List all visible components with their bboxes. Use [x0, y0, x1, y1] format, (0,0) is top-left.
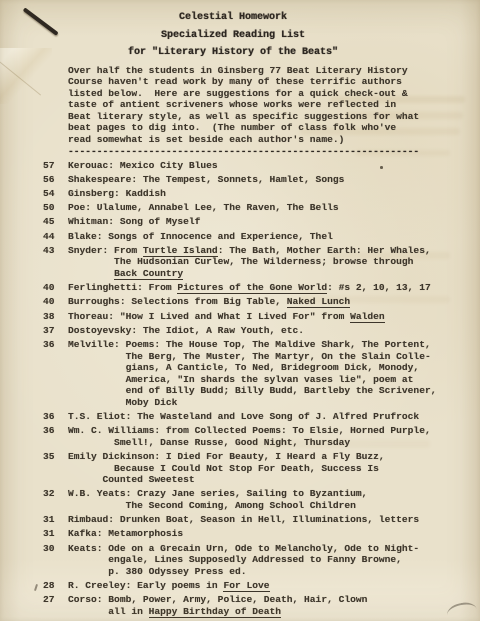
underlined-title: Happy Birthday of Death — [149, 606, 281, 618]
list-entry: 40Ferlinghetti: From Pictures of the Gon… — [43, 282, 480, 294]
text-segment: Keats: Ode on a Grecain Urn, Ode to Mela… — [68, 543, 419, 554]
title-line-3: for "Literary History of the Beats" — [43, 44, 423, 62]
intro-line: taste of antient scriveners whose works … — [68, 99, 480, 111]
underlined-title: Walden — [350, 311, 385, 323]
entry-line: Counted Sweetest — [68, 474, 480, 486]
text-segment — [68, 268, 114, 279]
entry-line: p. 380 Odyssey Press ed. — [68, 566, 480, 578]
text-segment: Ferlinghetti: From — [68, 282, 177, 293]
entry-text: Corso: Bomb, Power, Army, Police, Death,… — [68, 594, 480, 617]
entry-line: T.S. Eliot: The Wasteland and Love Song … — [68, 411, 480, 423]
entry-line: Smell!, Danse Russe, Good Night, Thursda… — [68, 437, 480, 449]
student-count: 35 — [43, 451, 68, 486]
entry-line: Emily Dickinson: I Died For Beauty, I He… — [68, 451, 480, 463]
student-count: 31 — [43, 514, 68, 526]
entry-line: The Hudsonian Curlew, The Wilderness; br… — [68, 256, 480, 268]
entry-text: T.S. Eliot: The Wasteland and Love Song … — [68, 411, 480, 423]
divider-dashes: ----------------------------------------… — [68, 146, 433, 157]
entry-line: Burroughs: Selections from Big Table, Na… — [68, 296, 480, 308]
entry-text: Whitman: Song of Myself — [68, 216, 480, 228]
list-entry: 30Keats: Ode on a Grecain Urn, Ode to Me… — [43, 543, 480, 578]
text-segment: The Berg, The Muster, The Martyr, On the… — [68, 351, 431, 362]
entry-line: end of Billy Budd; Billy Budd, Bartleby … — [68, 385, 480, 397]
text-segment: The Second Coming, Among School Children — [68, 500, 356, 511]
student-count: 27 — [43, 594, 68, 617]
entry-line: Kerouac: Mexico City Blues — [68, 160, 480, 172]
text-segment: Counted Sweetest — [68, 474, 195, 485]
student-count: 54 — [43, 188, 68, 200]
intro-line: Beat literary style, as well as specific… — [68, 111, 480, 123]
entry-text: Dostoyevsky: The Idiot, A Raw Youth, etc… — [68, 325, 480, 337]
entry-text: Shakespeare: The Tempest, Sonnets, Hamle… — [68, 174, 480, 186]
student-count: 45 — [43, 216, 68, 228]
text-segment: T.S. Eliot: The Wasteland and Love Song … — [68, 411, 419, 422]
list-entry: 54Ginsberg: Kaddish — [43, 188, 480, 200]
list-entry: 31Rimbaud: Drunken Boat, Season in Hell,… — [43, 514, 480, 526]
list-entry: 35Emily Dickinson: I Died For Beauty, I … — [43, 451, 480, 486]
text-segment: Rimbaud: Drunken Boat, Season in Hell, I… — [68, 514, 419, 525]
entry-line: Wm. C. Williams: from Collected Poems: T… — [68, 425, 480, 437]
entry-text: Emily Dickinson: I Died For Beauty, I He… — [68, 451, 480, 486]
text-segment: The Hudsonian Curlew, The Wilderness; br… — [68, 256, 413, 267]
list-entry: 27Corso: Bomb, Power, Army, Police, Deat… — [43, 594, 480, 617]
text-segment: Kerouac: Mexico City Blues — [68, 160, 218, 171]
text-segment: Burroughs: Selections from Big Table, — [68, 296, 287, 307]
entry-line: R. Creeley: Early poems in For Love — [68, 580, 480, 592]
intro-line: read somewhat is set beside each author'… — [68, 134, 480, 146]
text-segment: : #s 2, 10, 13, 17 — [327, 282, 431, 293]
text-segment: Shakespeare: The Tempest, Sonnets, Hamle… — [68, 174, 344, 185]
underlined-title: Back Country — [114, 268, 183, 280]
underlined-title: Turtle Island — [143, 245, 218, 257]
list-entry: 37Dostoyevsky: The Idiot, A Raw Youth, e… — [43, 325, 480, 337]
list-entry: 28R. Creeley: Early poems in For Love — [43, 580, 480, 592]
text-segment: Melville: Poems: The House Top, The Mald… — [68, 339, 431, 350]
student-count: 36 — [43, 411, 68, 423]
text-segment: Ginsberg: Kaddish — [68, 188, 166, 199]
list-entry: 43Snyder: From Turtle Island: The Bath, … — [43, 245, 480, 280]
underlined-title: Pictures of the Gone World — [177, 282, 327, 294]
entry-line: Ginsberg: Kaddish — [68, 188, 480, 200]
entry-text: Kafka: Metamorphosis — [68, 528, 480, 540]
text-segment: Poe: Ulalume, Annabel Lee, The Raven, Th… — [68, 202, 339, 213]
entry-line: Thoreau: "How I Lived and What I Lived F… — [68, 311, 480, 323]
entry-line: Because I Could Not Stop For Death, Succ… — [68, 463, 480, 475]
entry-line: Poe: Ulalume, Annabel Lee, The Raven, Th… — [68, 202, 480, 214]
student-count: 57 — [43, 160, 68, 172]
entry-line: Dostoyevsky: The Idiot, A Raw Youth, etc… — [68, 325, 480, 337]
list-entry: 36T.S. Eliot: The Wasteland and Love Son… — [43, 411, 480, 423]
entry-line: The Second Coming, Among School Children — [68, 500, 480, 512]
student-count: 38 — [43, 311, 68, 323]
entry-line: America, "In shards the sylvan vases lie… — [68, 374, 480, 386]
entry-line: Moby Dick — [68, 397, 480, 409]
entry-text: Melville: Poems: The House Top, The Mald… — [68, 339, 480, 409]
list-entry: 57Kerouac: Mexico City Blues — [43, 160, 480, 172]
entry-line: W.B. Yeats: Crazy Jane series, Sailing t… — [68, 488, 480, 500]
student-count: 40 — [43, 282, 68, 294]
text-segment: America, "In shards the sylvan vases lie… — [68, 374, 413, 385]
title-line-1: Celestial Homework — [43, 9, 423, 27]
entry-line: Ferlinghetti: From Pictures of the Gone … — [68, 282, 480, 294]
list-entry: 56Shakespeare: The Tempest, Sonnets, Ham… — [43, 174, 480, 186]
list-entry: 50Poe: Ulalume, Annabel Lee, The Raven, … — [43, 202, 480, 214]
typewritten-content: Celestial Homework Specialized Reading L… — [0, 0, 480, 621]
title-line-2: Specialized Reading List — [43, 27, 423, 45]
list-entry: 31Kafka: Metamorphosis — [43, 528, 480, 540]
list-entry: 32W.B. Yeats: Crazy Jane series, Sailing… — [43, 488, 480, 511]
student-count: 40 — [43, 296, 68, 308]
list-entry: 45Whitman: Song of Myself — [43, 216, 480, 228]
text-segment: : The Bath, Mother Earth: Her Whales, — [218, 245, 431, 256]
entry-line: gians, A Canticle, To Ned, Bridegroom Di… — [68, 362, 480, 374]
student-count: 28 — [43, 580, 68, 592]
text-segment: Thoreau: "How I Lived and What I Lived F… — [68, 311, 350, 322]
list-entry: 44Blake: Songs of Innocence and Experien… — [43, 231, 480, 243]
reading-list: 57Kerouac: Mexico City Blues56Shakespear… — [43, 160, 480, 618]
text-segment: Whitman: Song of Myself — [68, 216, 200, 227]
student-count: 36 — [43, 339, 68, 409]
student-count: 36 — [43, 425, 68, 448]
intro-line: listed below. Here are suggestions for a… — [68, 88, 480, 100]
entry-text: Ferlinghetti: From Pictures of the Gone … — [68, 282, 480, 294]
entry-line: Melville: Poems: The House Top, The Mald… — [68, 339, 480, 351]
entry-line: all in Happy Birthday of Death — [68, 606, 480, 618]
text-segment: p. 380 Odyssey Press ed. — [68, 566, 246, 577]
entry-line: Corso: Bomb, Power, Army, Police, Death,… — [68, 594, 480, 606]
entry-line: Snyder: From Turtle Island: The Bath, Mo… — [68, 245, 480, 257]
intro-paragraph: Over half the students in Ginsberg 77 Be… — [68, 65, 480, 146]
entry-line: Back Country — [68, 268, 480, 280]
text-segment: all in — [68, 606, 149, 617]
list-entry: 36Wm. C. Williams: from Collected Poems:… — [43, 425, 480, 448]
text-segment: Emily Dickinson: I Died For Beauty, I He… — [68, 451, 385, 462]
text-segment: Moby Dick — [68, 397, 177, 408]
entry-text: Wm. C. Williams: from Collected Poems: T… — [68, 425, 480, 448]
entry-text: Rimbaud: Drunken Boat, Season in Hell, I… — [68, 514, 480, 526]
student-count: 30 — [43, 543, 68, 578]
list-entry: 38Thoreau: "How I Lived and What I Lived… — [43, 311, 480, 323]
entry-text: Burroughs: Selections from Big Table, Na… — [68, 296, 480, 308]
entry-text: Thoreau: "How I Lived and What I Lived F… — [68, 311, 480, 323]
entry-text: Poe: Ulalume, Annabel Lee, The Raven, Th… — [68, 202, 480, 214]
entry-text: R. Creeley: Early poems in For Love — [68, 580, 480, 592]
entry-text: Ginsberg: Kaddish — [68, 188, 480, 200]
list-entry: 40Burroughs: Selections from Big Table, … — [43, 296, 480, 308]
entry-line: Rimbaud: Drunken Boat, Season in Hell, I… — [68, 514, 480, 526]
text-segment: engale, Lines Supposedly Addressed to Fa… — [68, 554, 402, 565]
entry-text: Kerouac: Mexico City Blues — [68, 160, 480, 172]
text-segment: Dostoyevsky: The Idiot, A Raw Youth, etc… — [68, 325, 304, 336]
text-segment: Because I Could Not Stop For Death, Succ… — [68, 463, 379, 474]
text-segment: Smell!, Danse Russe, Good Night, Thursda… — [68, 437, 350, 448]
student-count: 31 — [43, 528, 68, 540]
document-page: Celestial Homework Specialized Reading L… — [0, 0, 480, 621]
intro-line: Over half the students in Ginsberg 77 Be… — [68, 65, 480, 77]
intro-line: Course haven't read work by many of thes… — [68, 76, 480, 88]
intro-line: beat pages to dig into. (The number of c… — [68, 122, 480, 134]
entry-line: Whitman: Song of Myself — [68, 216, 480, 228]
underlined-title: For Love — [223, 580, 269, 592]
text-segment: Corso: Bomb, Power, Army, Police, Death,… — [68, 594, 367, 605]
text-segment: end of Billy Budd; Billy Budd, Bartleby … — [68, 385, 436, 396]
entry-line: Keats: Ode on a Grecain Urn, Ode to Mela… — [68, 543, 480, 555]
entry-text: W.B. Yeats: Crazy Jane series, Sailing t… — [68, 488, 480, 511]
student-count: 56 — [43, 174, 68, 186]
student-count: 44 — [43, 231, 68, 243]
text-segment: W.B. Yeats: Crazy Jane series, Sailing t… — [68, 488, 367, 499]
text-segment: Kafka: Metamorphosis — [68, 528, 183, 539]
text-segment: gians, A Canticle, To Ned, Bridegroom Di… — [68, 362, 419, 373]
entry-text: Keats: Ode on a Grecain Urn, Ode to Mela… — [68, 543, 480, 578]
text-segment: R. Creeley: Early poems in — [68, 580, 223, 591]
text-segment: Blake: Songs of Innocence and Experience… — [68, 231, 333, 242]
text-segment: Wm. C. Williams: from Collected Poems: T… — [68, 425, 431, 436]
student-count: 32 — [43, 488, 68, 511]
text-segment: Snyder: From — [68, 245, 143, 256]
student-count: 37 — [43, 325, 68, 337]
entry-line: engale, Lines Supposedly Addressed to Fa… — [68, 554, 480, 566]
entry-line: Blake: Songs of Innocence and Experience… — [68, 231, 480, 243]
entry-line: The Berg, The Muster, The Martyr, On the… — [68, 351, 480, 363]
student-count: 43 — [43, 245, 68, 280]
student-count: 50 — [43, 202, 68, 214]
entry-text: Blake: Songs of Innocence and Experience… — [68, 231, 480, 243]
document-header: Celestial Homework Specialized Reading L… — [43, 9, 423, 62]
list-entry: 36Melville: Poems: The House Top, The Ma… — [43, 339, 480, 409]
entry-line: Shakespeare: The Tempest, Sonnets, Hamle… — [68, 174, 480, 186]
entry-line: Kafka: Metamorphosis — [68, 528, 480, 540]
entry-text: Snyder: From Turtle Island: The Bath, Mo… — [68, 245, 480, 280]
underlined-title: Naked Lunch — [287, 296, 350, 308]
